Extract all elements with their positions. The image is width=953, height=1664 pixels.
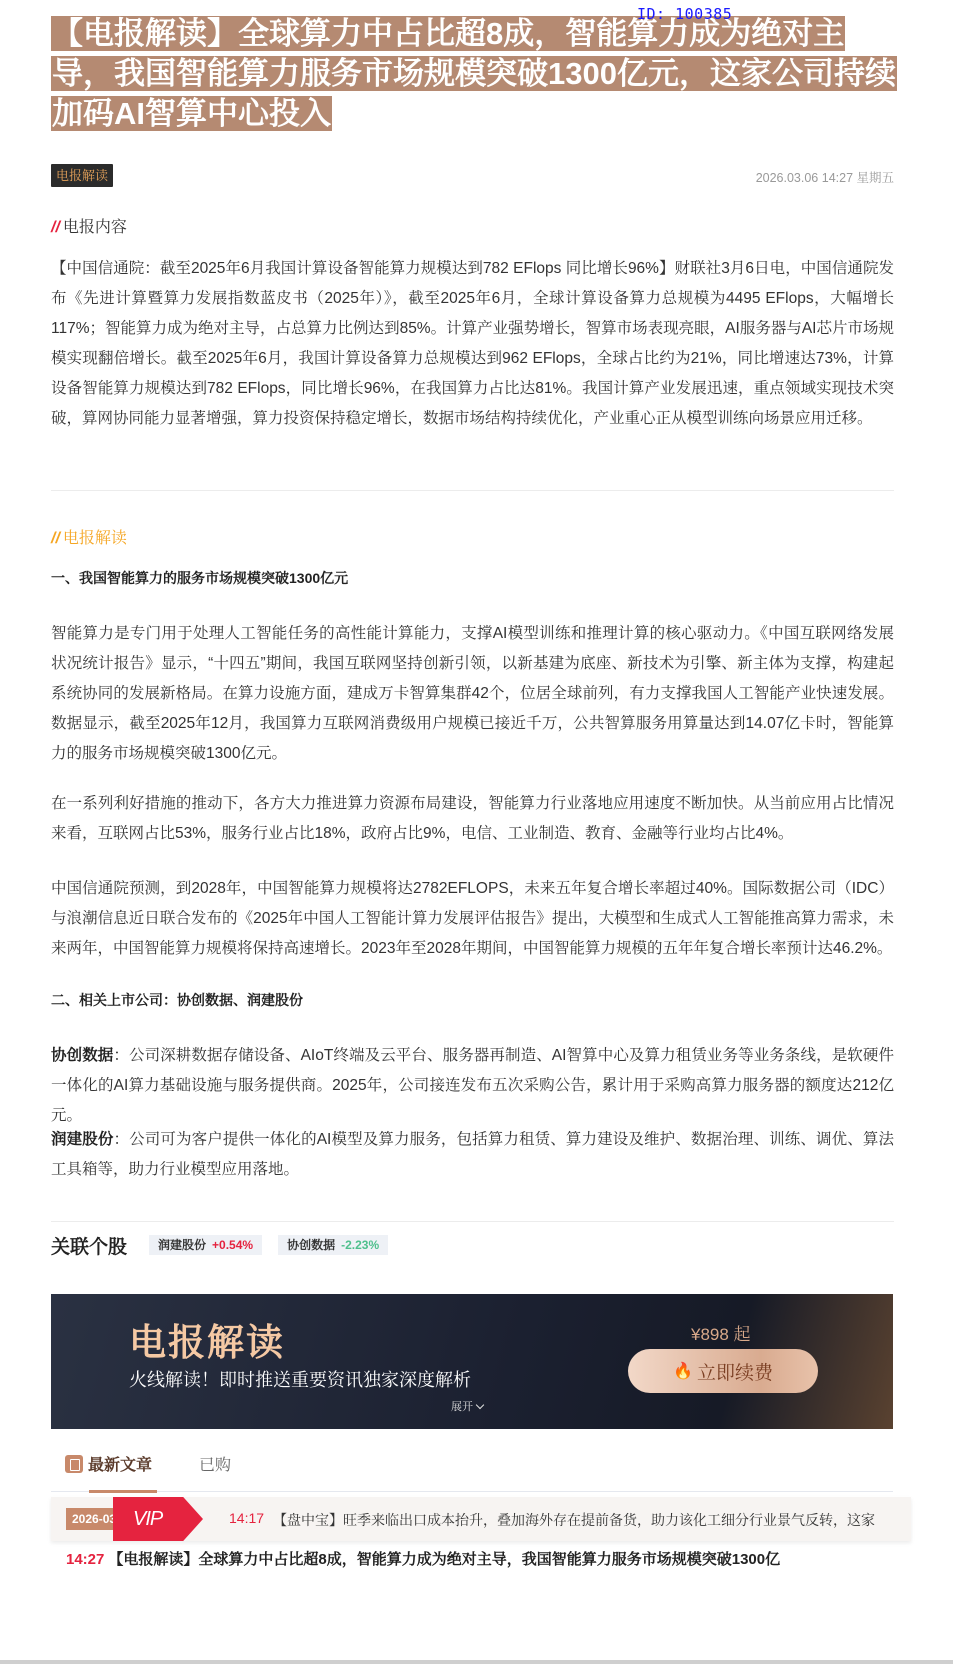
document-icon — [65, 1455, 83, 1473]
promo-price: ¥898 起 — [691, 1320, 751, 1345]
article-time: 14:17 — [229, 1510, 264, 1526]
active-tab-indicator — [89, 1490, 157, 1493]
analysis-subheading-2: 二、相关上市公司：协创数据、润建股份 — [51, 990, 303, 1010]
section-heading-content: //电报内容 — [51, 214, 127, 237]
promo-banner: 电报解读 火线解读！即时推送重要资讯独家深度解析 展开 ¥898 起 🔥立即续费 — [51, 1294, 893, 1429]
article-meta: 电报解读 2026.03.06 14:27 星期五 — [51, 164, 894, 188]
promo-subtitle: 火线解读！即时推送重要资讯独家深度解析 — [129, 1366, 471, 1392]
expand-button[interactable]: 展开 — [451, 1398, 483, 1414]
bottom-scrollbar[interactable] — [0, 1660, 953, 1664]
tab-purchased[interactable]: 已购 — [199, 1452, 231, 1475]
section-heading-analysis: //电报解读 — [51, 525, 127, 548]
vip-badge-icon: VIP — [113, 1497, 203, 1541]
article-time: 14:27 — [66, 1551, 104, 1568]
company-name[interactable]: 协创数据 — [51, 1047, 113, 1064]
divider — [51, 490, 894, 491]
stock-change: -2.23% — [341, 1238, 379, 1252]
analysis-subheading-1: 一、我国智能算力的服务市场规模突破1300亿元 — [51, 568, 348, 588]
stock-chip[interactable]: 润建股份+0.54% — [149, 1235, 262, 1255]
article-tabs: 最新文章 已购 — [51, 1440, 893, 1492]
telegram-content-paragraph: 【中国信通院：截至2025年6月我国计算设备智能算力规模达到782 EFlops… — [51, 254, 894, 434]
category-tag[interactable]: 电报解读 — [51, 164, 113, 187]
related-stocks-title: 关联个股 — [51, 1232, 127, 1259]
stock-chip[interactable]: 协创数据-2.23% — [278, 1235, 388, 1255]
promo-title: 电报解读 — [129, 1312, 285, 1366]
article-list-item[interactable]: 14:27【电报解读】全球算力中占比超8成，智能算力成为绝对主导，我国智能算力服… — [66, 1548, 896, 1569]
company-paragraph: 协创数据：公司深耕数据存储设备、AIoT终端及云平台、服务器再制造、AI智算中心… — [51, 1041, 894, 1131]
analysis-paragraph: 智能算力是专门用于处理人工智能任务的高性能计算能力，支撑AI模型训练和推理计算的… — [51, 619, 894, 769]
section-slash-icon: // — [51, 530, 60, 547]
company-name[interactable]: 润建股份 — [51, 1131, 114, 1148]
article-list-item[interactable]: 2026-03-06 VIP 14:17 【盘中宝】旺季来临出口成本抬升，叠加海… — [51, 1497, 911, 1541]
publish-datetime: 2026.03.06 14:27 星期五 — [756, 168, 894, 186]
company-paragraph: 润建股份：公司可为客户提供一体化的AI模型及算力服务，包括算力租赁、算力建设及维… — [51, 1125, 894, 1185]
fire-icon: 🔥 — [673, 1361, 693, 1381]
analysis-paragraph: 在一系列利好措施的推动下，各方大力推进算力资源布局建设，智能算力行业落地应用速度… — [51, 789, 894, 849]
section-slash-icon: // — [51, 219, 60, 236]
article-headline[interactable]: 【盘中宝】旺季来临出口成本抬升，叠加海外存在提前备货，助力该化工细分行业景气反转… — [273, 1510, 911, 1530]
chevron-down-icon — [476, 1401, 484, 1409]
article-title-block: 【电报解读】全球算力中占比超8成，智能算力成为绝对主导，我国智能算力服务市场规模… — [51, 14, 901, 134]
analysis-paragraph: 中国信通院预测，到2028年，中国智能算力规模将达2782EFLOPS，未来五年… — [51, 874, 894, 964]
renew-button[interactable]: 🔥立即续费 — [628, 1349, 818, 1393]
stock-change: +0.54% — [212, 1238, 253, 1252]
tab-latest-articles[interactable]: 最新文章 — [65, 1452, 152, 1475]
overlay-id-label: ID: 100385 — [637, 5, 732, 23]
divider — [51, 1221, 894, 1222]
related-stocks: 关联个股 润建股份+0.54% 协创数据-2.23% — [51, 1232, 404, 1258]
article-headline[interactable]: 【电报解读】全球算力中占比超8成，智能算力成为绝对主导，我国智能算力服务市场规模… — [108, 1551, 780, 1568]
article-title: 【电报解读】全球算力中占比超8成，智能算力成为绝对主导，我国智能算力服务市场规模… — [51, 14, 901, 134]
